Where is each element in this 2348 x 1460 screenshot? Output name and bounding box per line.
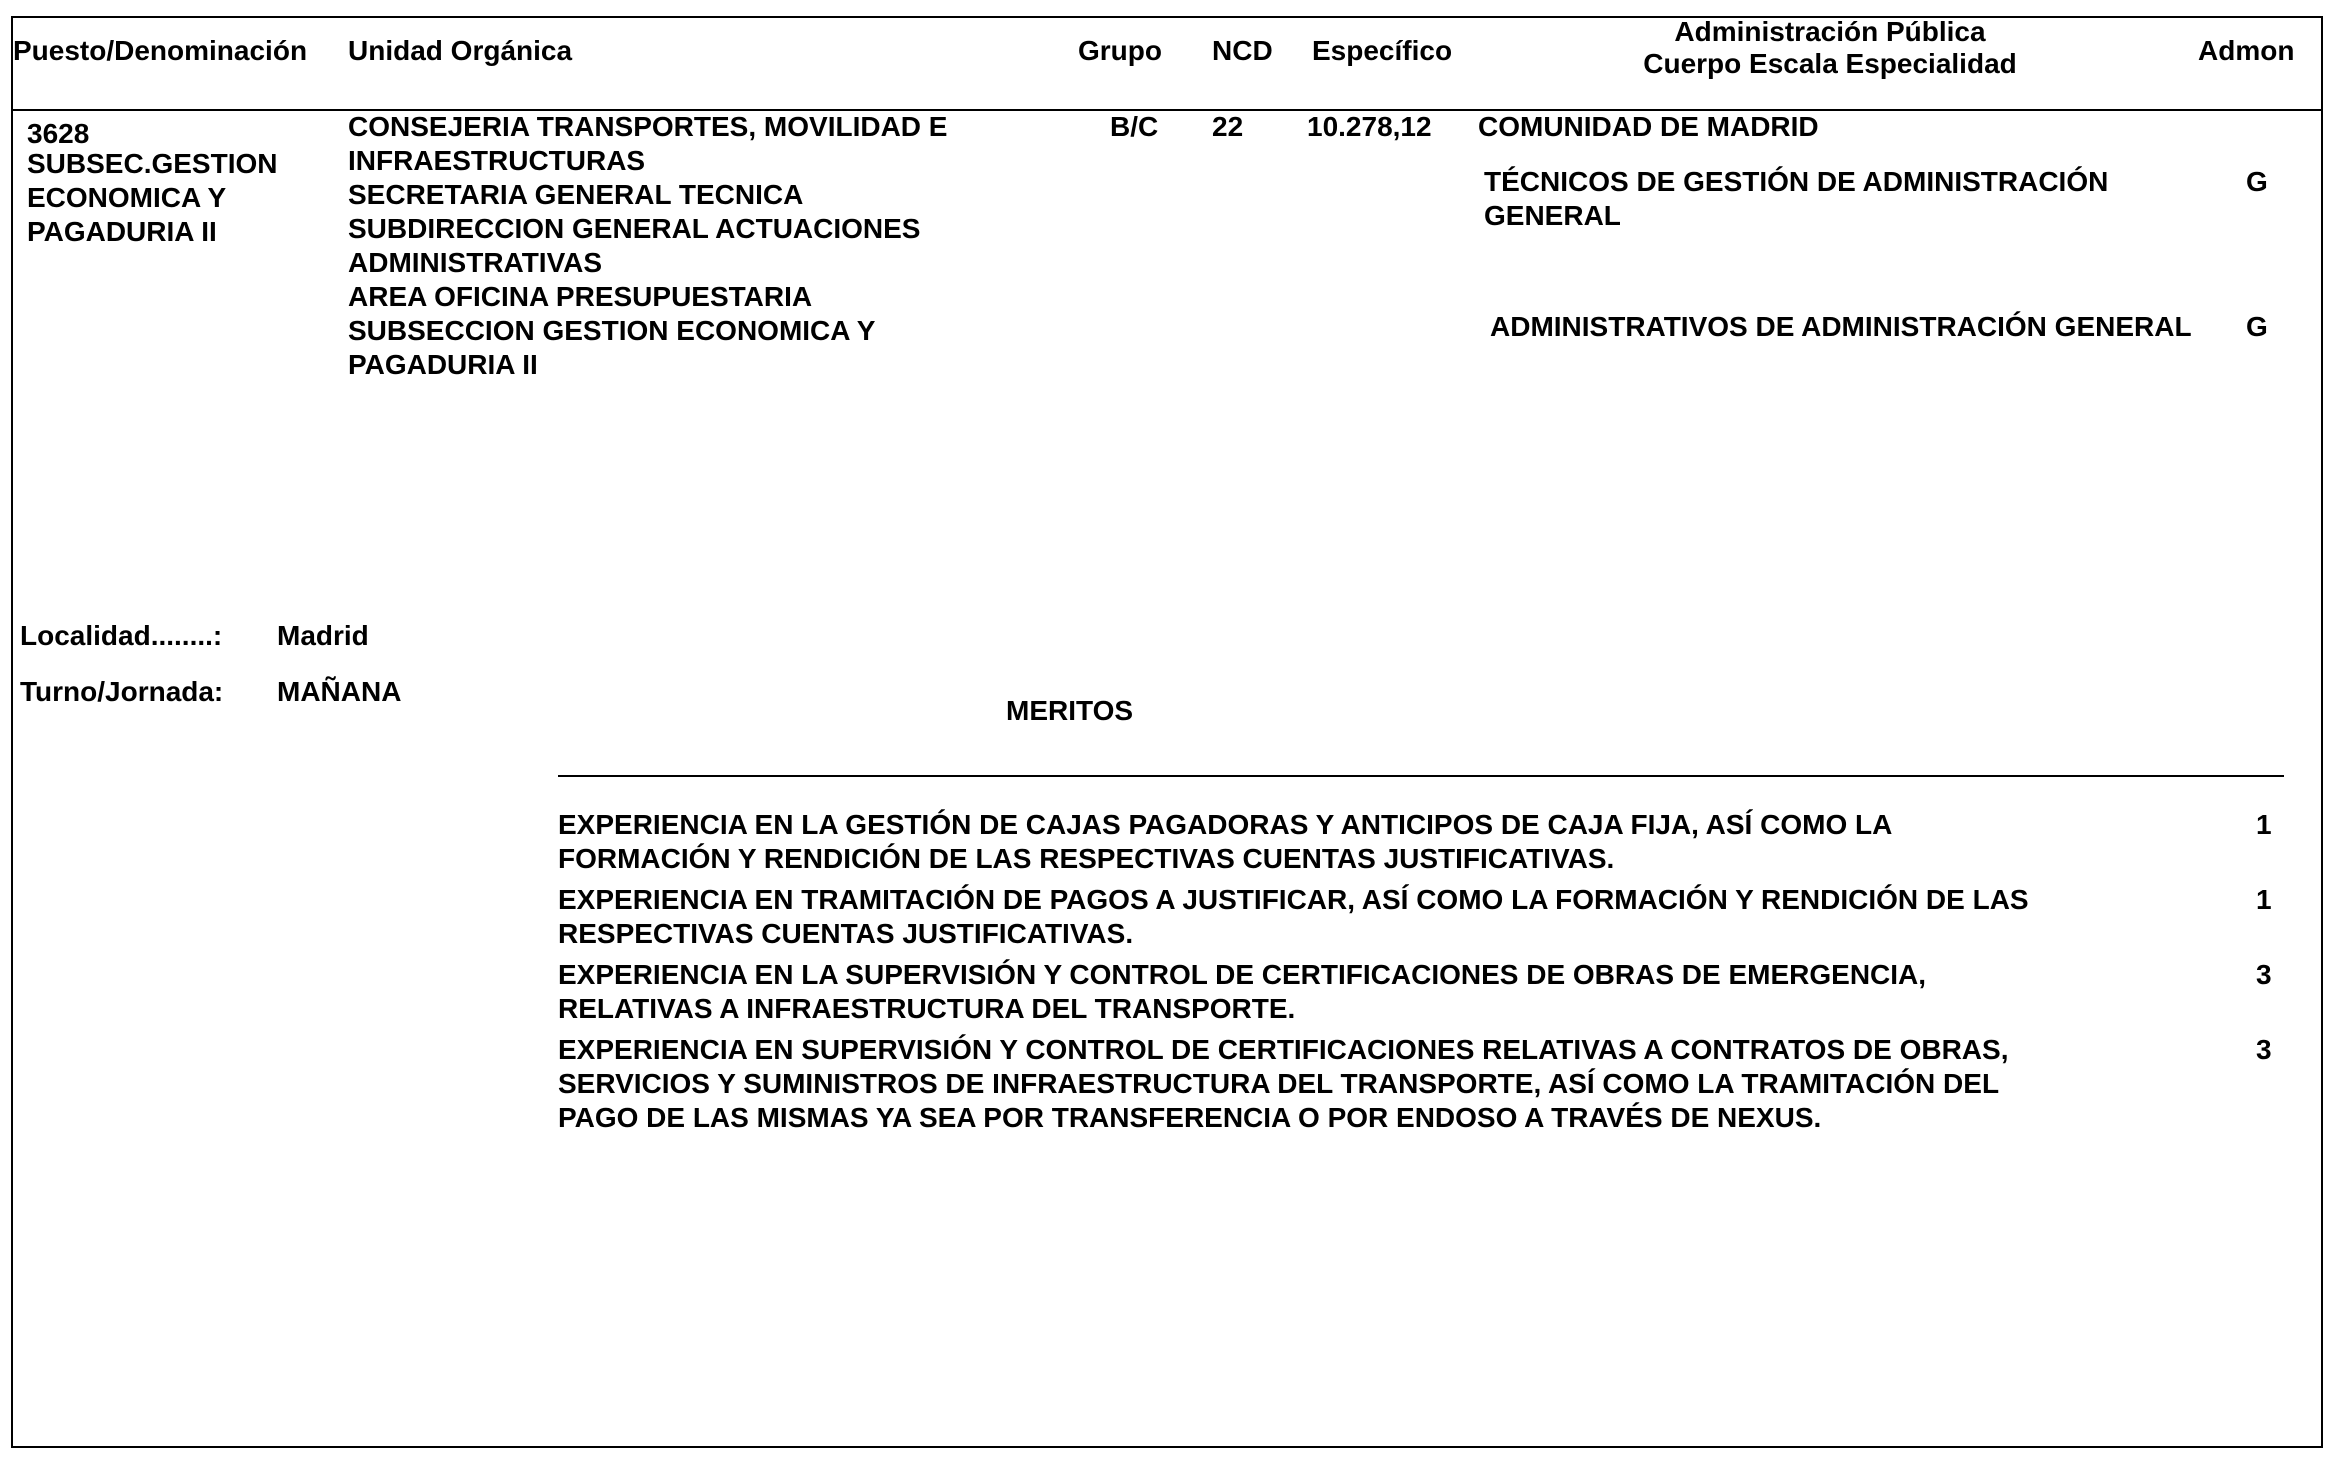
cuerpo-line: ADMINISTRATIVOS DE ADMINISTRACIÓN GENERA… <box>1490 310 2192 344</box>
unidad-line: SECRETARIA GENERAL TECNICA <box>348 178 947 212</box>
header-administracion-publica: Administración Pública Cuerpo Escala Esp… <box>1620 16 2040 80</box>
merito-line: RELATIVAS A INFRAESTRUCTURA DEL TRANSPOR… <box>558 992 1926 1026</box>
merito-points: 3 <box>2256 1033 2272 1067</box>
puesto-line: SUBSEC.GESTION <box>27 147 277 181</box>
merito-item: EXPERIENCIA EN TRAMITACIÓN DE PAGOS A JU… <box>558 883 2029 951</box>
cuerpo-item: TÉCNICOS DE GESTIÓN DE ADMINISTRACIÓN GE… <box>1484 165 2108 233</box>
header-grupo: Grupo <box>1078 35 1162 67</box>
unidad-line: CONSEJERIA TRANSPORTES, MOVILIDAD E <box>348 110 947 144</box>
meritos-title: MERITOS <box>1006 694 1133 728</box>
header-ncd: NCD <box>1212 35 1273 67</box>
cuerpo-admon: G <box>2246 310 2268 344</box>
unidad-line: SUBSECCION GESTION ECONOMICA Y <box>348 314 947 348</box>
header-admin-line1: Administración Pública <box>1620 16 2040 48</box>
ncd-value: 22 <box>1212 110 1243 144</box>
turno-value: MAÑANA <box>277 675 401 709</box>
unidad-line: SUBDIRECCION GENERAL ACTUACIONES <box>348 212 947 246</box>
especifico-value: 10.278,12 <box>1307 110 1432 144</box>
merito-line: EXPERIENCIA EN LA GESTIÓN DE CAJAS PAGAD… <box>558 808 1892 842</box>
unidad-line: PAGADURIA II <box>348 348 947 382</box>
unidad-line: ADMINISTRATIVAS <box>348 246 947 280</box>
merito-points: 1 <box>2256 808 2272 842</box>
header-especifico: Específico <box>1312 35 1452 67</box>
merito-line: EXPERIENCIA EN SUPERVISIÓN Y CONTROL DE … <box>558 1033 2008 1067</box>
header-unidad: Unidad Orgánica <box>348 35 572 67</box>
puesto-line: ECONOMICA Y <box>27 181 277 215</box>
cuerpo-item: ADMINISTRATIVOS DE ADMINISTRACIÓN GENERA… <box>1490 310 2192 344</box>
unidad-organica: CONSEJERIA TRANSPORTES, MOVILIDAD E INFR… <box>348 110 947 382</box>
merito-line: PAGO DE LAS MISMAS YA SEA POR TRANSFEREN… <box>558 1101 2008 1135</box>
merito-points: 1 <box>2256 883 2272 917</box>
administracion-value: COMUNIDAD DE MADRID <box>1478 110 1819 144</box>
merito-line: RESPECTIVAS CUENTAS JUSTIFICATIVAS. <box>558 917 2029 951</box>
localidad-label: Localidad........: <box>20 619 222 653</box>
puesto-line: PAGADURIA II <box>27 215 277 249</box>
puesto-denominacion: SUBSEC.GESTION ECONOMICA Y PAGADURIA II <box>27 147 277 249</box>
unidad-line: INFRAESTRUCTURAS <box>348 144 947 178</box>
puesto-codigo: 3628 <box>27 120 89 148</box>
merito-line: EXPERIENCIA EN TRAMITACIÓN DE PAGOS A JU… <box>558 883 2029 917</box>
merito-item: EXPERIENCIA EN LA SUPERVISIÓN Y CONTROL … <box>558 958 1926 1026</box>
cuerpo-line: TÉCNICOS DE GESTIÓN DE ADMINISTRACIÓN <box>1484 165 2108 199</box>
merito-points: 3 <box>2256 958 2272 992</box>
merito-line: FORMACIÓN Y RENDICIÓN DE LAS RESPECTIVAS… <box>558 842 1892 876</box>
meritos-divider <box>558 775 2284 777</box>
header-admon: Admon <box>2198 35 2294 67</box>
unidad-line: AREA OFICINA PRESUPUESTARIA <box>348 280 947 314</box>
turno-label: Turno/Jornada: <box>20 675 223 709</box>
merito-item: EXPERIENCIA EN SUPERVISIÓN Y CONTROL DE … <box>558 1033 2008 1135</box>
header-admin-line2: Cuerpo Escala Especialidad <box>1620 48 2040 80</box>
merito-line: SERVICIOS Y SUMINISTROS DE INFRAESTRUCTU… <box>558 1067 2008 1101</box>
grupo-value: B/C <box>1110 110 1158 144</box>
cuerpo-line: GENERAL <box>1484 199 2108 233</box>
merito-line: EXPERIENCIA EN LA SUPERVISIÓN Y CONTROL … <box>558 958 1926 992</box>
localidad-value: Madrid <box>277 619 369 653</box>
cuerpo-admon: G <box>2246 165 2268 199</box>
merito-item: EXPERIENCIA EN LA GESTIÓN DE CAJAS PAGAD… <box>558 808 1892 876</box>
header-puesto: Puesto/Denominación <box>13 35 307 67</box>
